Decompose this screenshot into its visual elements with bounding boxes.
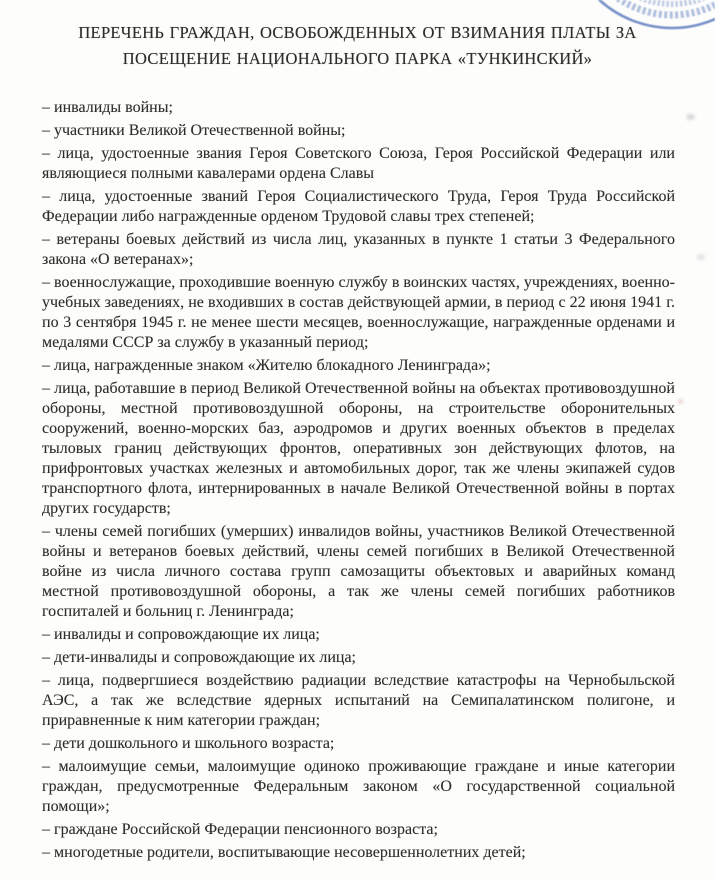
list-item: – инвалиды войны;	[42, 98, 675, 118]
list-item: – участники Великой Отечественной войны;	[42, 121, 675, 141]
list-item: – члены семей погибших (умерших) инвалид…	[42, 522, 675, 622]
list-item: – лица, удостоенные званий Героя Социали…	[42, 187, 675, 227]
title-line-2: ПОСЕЩЕНИЕ НАЦИОНАЛЬНОГО ПАРКА «ТУНКИНСКИ…	[30, 46, 685, 72]
document-title: ПЕРЕЧЕНЬ ГРАЖДАН, ОСВОБОЖДЕННЫХ ОТ ВЗИМА…	[0, 0, 715, 72]
list-item: – военнослужащие, проходившие военную сл…	[42, 273, 675, 353]
exemption-list: – инвалиды войны; – участники Великой От…	[42, 98, 675, 863]
list-item: – малоимущие семьи, малоимущие одиноко п…	[42, 757, 675, 817]
list-item: – ветераны боевых действий из числа лиц,…	[42, 230, 675, 270]
scan-artifact	[697, 254, 705, 260]
list-item: – дети дошкольного и школьного возраста;	[42, 734, 675, 754]
title-line-1: ПЕРЕЧЕНЬ ГРАЖДАН, ОСВОБОЖДЕННЫХ ОТ ВЗИМА…	[30, 20, 685, 46]
list-item: – инвалиды и сопровождающие их лица;	[42, 625, 675, 645]
list-item: – лица, работавшие в период Великой Отеч…	[42, 379, 675, 519]
list-item: – лица, награжденные знаком «Жителю блок…	[42, 356, 675, 376]
list-item: – дети-инвалиды и сопровождающие их лица…	[42, 648, 675, 668]
document-page: ПЕРЕЧЕНЬ ГРАЖДАН, ОСВОБОЖДЕННЫХ ОТ ВЗИМА…	[0, 0, 715, 881]
scan-artifact	[678, 399, 683, 404]
scan-artifact	[686, 114, 695, 120]
list-item: – лица, удостоенные звания Героя Советск…	[42, 144, 675, 184]
list-item: – граждане Российской Федерации пенсионн…	[42, 820, 675, 840]
list-item: – многодетные родители, воспитывающие не…	[42, 843, 675, 863]
list-item: – лица, подвергшиеся воздействию радиаци…	[42, 671, 675, 731]
